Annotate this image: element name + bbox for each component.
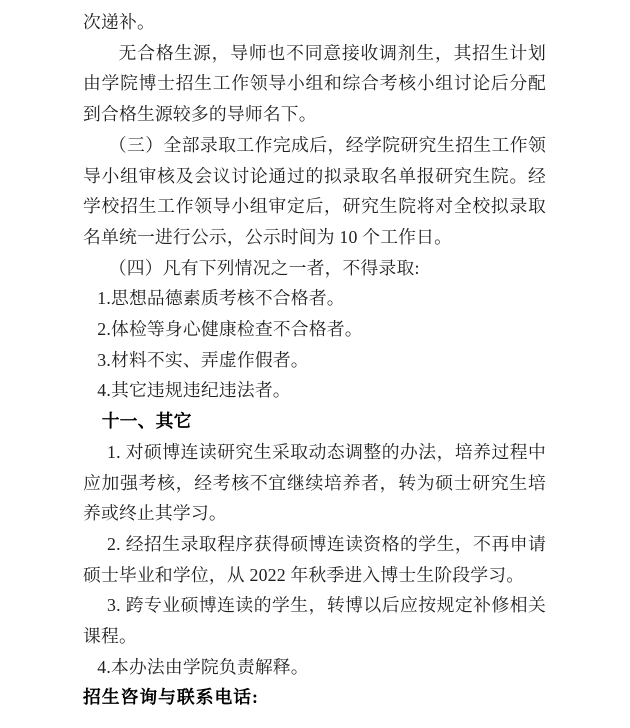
- document-text-block: 次递补。无合格生源，导师也不同意接收调剂生，其招生计划由学院博士招生工作领导小组…: [83, 7, 546, 713]
- paragraph-4: （四）凡有下列情况之一者，不得录取:: [83, 253, 546, 284]
- paragraph-2: 无合格生源，导师也不同意接收调剂生，其招生计划由学院博士招生工作领导小组和综合考…: [83, 38, 546, 130]
- paragraph-10: 1. 对硕博连读研究生采取动态调整的办法，培养过程中应加强考核，经考核不宜继续培…: [83, 437, 546, 529]
- paragraph-7: 3.材料不实、弄虚作假者。: [83, 345, 546, 376]
- paragraph-6: 2.体检等身心健康检查不合格者。: [83, 314, 546, 345]
- paragraph-9: 十一、其它: [83, 406, 546, 437]
- paragraph-1: 次递补。: [83, 7, 546, 38]
- paragraph-14: 招生咨询与联系电话:: [83, 682, 546, 713]
- document-page: 次递补。无合格生源，导师也不同意接收调剂生，其招生计划由学院博士招生工作领导小组…: [0, 0, 630, 728]
- paragraph-8: 4.其它违规违纪违法者。: [83, 375, 546, 406]
- paragraph-5: 1.思想品德素质考核不合格者。: [83, 283, 546, 314]
- paragraph-13: 4.本办法由学院负责解释。: [83, 652, 546, 683]
- paragraph-12: 3. 跨专业硕博连读的学生，转博以后应按规定补修相关课程。: [83, 590, 546, 651]
- paragraph-11: 2. 经招生录取程序获得硕博连读资格的学生，不再申请硕士毕业和学位，从 2022…: [83, 529, 546, 590]
- paragraph-3: （三）全部录取工作完成后，经学院研究生招生工作领导小组审核及会议讨论通过的拟录取…: [83, 130, 546, 253]
